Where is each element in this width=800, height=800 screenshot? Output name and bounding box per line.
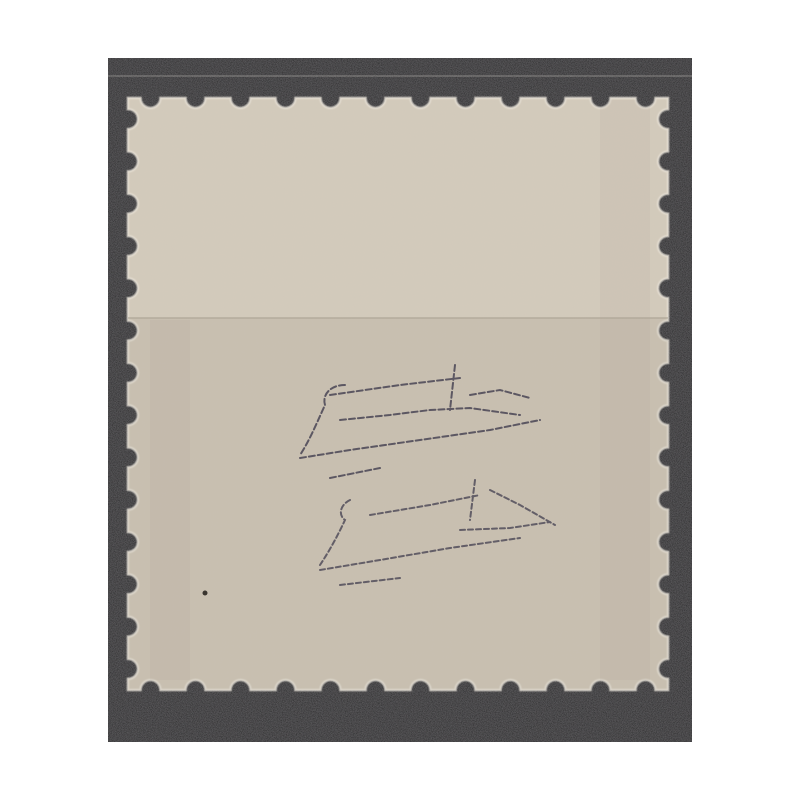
- stamp-photo: [0, 0, 800, 800]
